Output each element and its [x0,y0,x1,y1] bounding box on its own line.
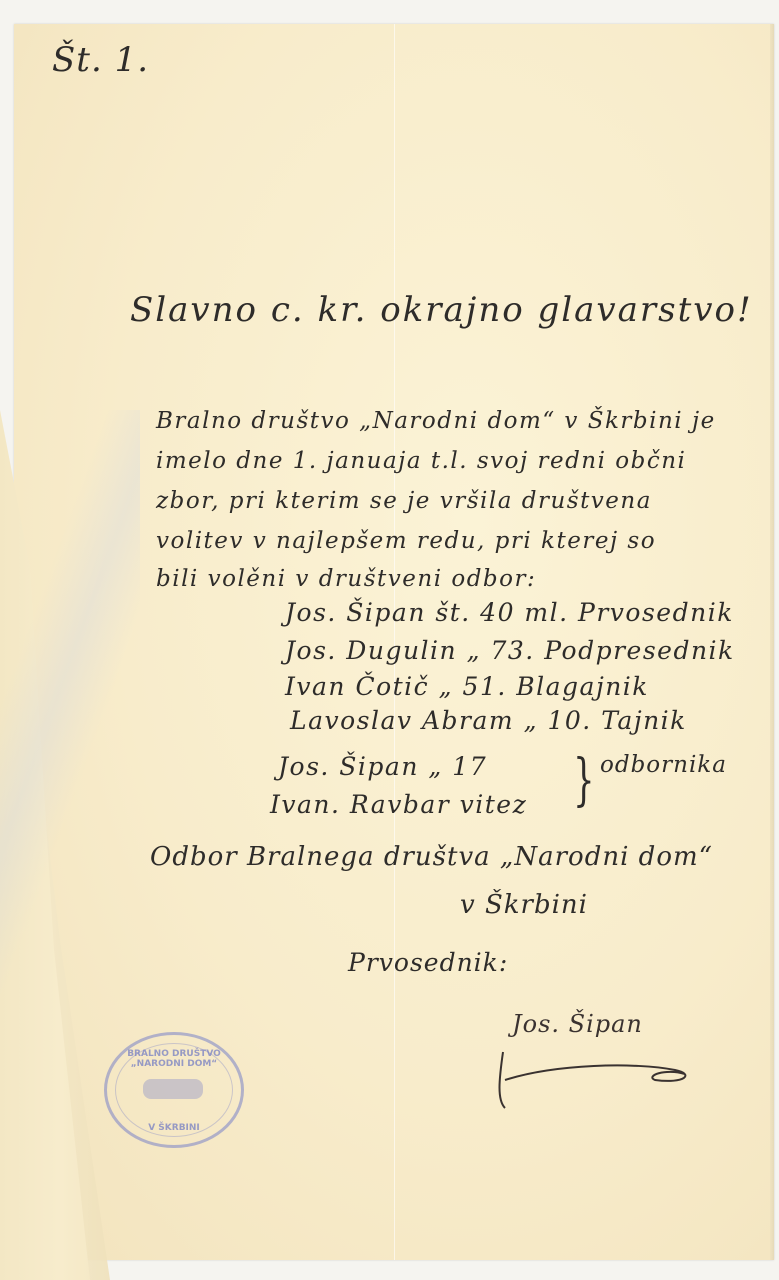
page-edge [770,24,774,1260]
signature-flourish-icon [495,1050,695,1110]
member-row: Ivan. Ravbar vitez [270,790,527,819]
member-role: Tajnik [601,706,687,735]
member-house-number: št. 40 ml. [435,598,568,627]
signature: Jos. Šipan [512,1010,643,1038]
body-line: zbor, pri kterim se je vršila društvena [156,488,652,514]
member-house-number: „ 73. [467,636,535,665]
member-house-number: vitez [460,790,528,819]
member-row: Jos. Šipan št. 40 ml. Prvosednik [285,598,734,627]
curly-bracket-icon: } [573,748,594,813]
body-line: bili volěni v društveni odbor: [156,566,536,592]
salutation: Slavno c. kr. okrajno glavarstvo! [130,290,753,330]
member-name: Jos. Šipan [278,752,419,781]
grouped-role: odbornika [600,752,727,778]
stamp-bottom-text: V ŠKRBINI [107,1123,241,1133]
member-role: Blagajnik [516,672,649,701]
member-role: Podpresednik [544,636,735,665]
member-name: Jos. Šipan [285,598,426,627]
signatory-role: Prvosednik: [348,948,508,977]
member-row: Jos. Šipan „ 17 [278,752,487,781]
paper-crease [0,410,140,1010]
member-name: Ivan. Ravbar [270,790,450,819]
stamp-top-text: BRALNO DRUŠTVO „NARODNI DOM“ [107,1049,241,1069]
body-line: imelo dne 1. januaja t.l. svoj redni obč… [156,448,686,474]
closing-line: Odbor Bralnega društva „Narodni dom“ [150,842,713,872]
member-name: Lavoslav Abram [290,706,514,735]
member-name: Jos. Dugulin [285,636,457,665]
member-house-number: „ 10. [524,706,592,735]
member-name: Ivan Čotič [285,672,429,701]
body-line: Bralno društvo „Narodni dom“ v Škrbini j… [156,408,716,434]
member-role: Prvosednik [578,598,734,627]
reference-mark: Št. 1. [52,40,149,80]
member-house-number: „ 17 [428,752,487,781]
member-row: Lavoslav Abram „ 10. Tajnik [290,706,687,735]
society-stamp: BRALNO DRUŠTVO „NARODNI DOM“ V ŠKRBINI [104,1032,244,1148]
member-house-number: „ 51. [439,672,507,701]
member-row: Ivan Čotič „ 51. Blagajnik [285,672,649,701]
member-row: Jos. Dugulin „ 73. Podpresednik [285,636,735,665]
body-line: volitev v najlepšem redu, pri kterej so [156,528,656,554]
closing-location: v Škrbini [460,890,588,920]
stamp-emblem-icon [143,1079,203,1099]
